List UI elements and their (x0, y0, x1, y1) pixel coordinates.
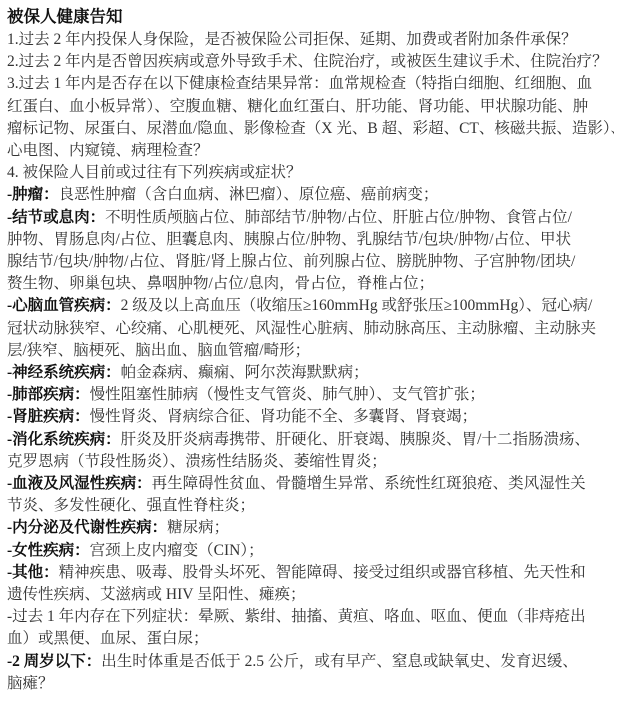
text-line: -肿瘤：良恶性肿瘤（含白血病、淋巴瘤）、原位癌、癌前病变； (7, 184, 614, 206)
section-label: -2 周岁以下： (7, 653, 101, 670)
section-label: -血液及风湿性疾病： (7, 475, 152, 492)
line-text: 心电图、内窥镜、病理检查？ (7, 142, 209, 159)
text-line: -2 周岁以下：出生时体重是否低于 2.5 公斤，或有早产、窒息或缺氧史、发育迟… (7, 651, 614, 673)
line-text: 血）或黑便、血尿、蛋白尿； (7, 630, 209, 647)
text-line: -女性疾病：宫颈上皮内瘤变（CIN）； (7, 540, 614, 562)
line-text: 遗传性疾病、艾滋病或 HIV 呈阳性、瘫痪； (7, 586, 306, 603)
line-text: 1.过去 2 年内投保人身保险，是否被保险公司拒保、延期、加费或者附加条件承保？ (7, 31, 577, 48)
text-line: 血）或黑便、血尿、蛋白尿； (7, 628, 614, 650)
text-line: 腺结节/包块/肿物/占位、肾脏/肾上腺占位、前列腺占位、膀胱肿物、子宫肿物/团块… (7, 251, 614, 273)
text-line: 遗传性疾病、艾滋病或 HIV 呈阳性、瘫痪； (7, 584, 614, 606)
section-label: -消化系统疾病： (7, 431, 121, 448)
line-text: 3.过去 1 年内是否存在以下健康检查结果异常：血常规检查（特指白细胞、红细胞、… (7, 75, 592, 92)
text-line: -肺部疾病：慢性阻塞性肺病（慢性支气管炎、肺气肿）、支气管扩张； (7, 384, 614, 406)
text-line: 4. 被保险人目前或过往有下列疾病或症状？ (7, 162, 614, 184)
text-line: -血液及风湿性疾病：再生障碍性贫血、骨髓增生异常、系统性红斑狼疮、类风湿性关 (7, 473, 614, 495)
line-text: 赘生物、卵巢包块、鼻咽肿物/占位/息肉，骨占位，脊椎占位； (7, 275, 434, 292)
line-text: 糖尿病； (167, 519, 229, 536)
text-line: 节炎、多发性硬化、强直性脊柱炎； (7, 495, 614, 517)
text-line: 赘生物、卵巢包块、鼻咽肿物/占位/息肉，骨占位，脊椎占位； (7, 273, 614, 295)
text-line: 瘤标记物、尿蛋白、尿潜血/隐血、影像检查（X 光、B 超、彩超、CT、核磁共振、… (7, 118, 614, 140)
text-line: 肿物、胃肠息肉/占位、胆囊息肉、胰腺占位/肿物、乳腺结节/包块/肿物/占位、甲状 (7, 229, 614, 251)
text-line: -肾脏疾病：慢性肾炎、肾病综合征、肾功能不全、多囊肾、肾衰竭； (7, 406, 614, 428)
line-text: 帕金森病、癫痫、阿尔茨海默默病； (121, 364, 369, 381)
line-text: 冠状动脉狭窄、心绞痛、心肌梗死、风湿性心脏病、肺动脉高压、主动脉瘤、主动脉夹 (7, 320, 596, 337)
line-text: 慢性阻塞性肺病（慢性支气管炎、肺气肿）、支气管扩张； (90, 386, 485, 403)
text-line: 红蛋白、血小板异常）、空腹血糖、糖化血红蛋白、肝功能、肾功能、甲状腺功能、肿 (7, 96, 614, 118)
line-text: 腺结节/包块/肿物/占位、肾脏/肾上腺占位、前列腺占位、膀胱肿物、子宫肿物/团块… (7, 253, 575, 270)
section-label: -结节或息肉： (7, 209, 105, 226)
line-text: 出生时体重是否低于 2.5 公斤，或有早产、窒息或缺氧史、发育迟缓、 (101, 653, 578, 670)
line-text: -过去 1 年内存在下列症状：晕厥、紫绀、抽搐、黄疸、咯血、呕血、便血（非痔疮出 (7, 608, 586, 625)
text-line: -其他：精神疾患、吸毒、股骨头坏死、智能障碍、接受过组织或器官移植、先天性和 (7, 562, 614, 584)
text-line: 冠状动脉狭窄、心绞痛、心肌梗死、风湿性心脏病、肺动脉高压、主动脉瘤、主动脉夹 (7, 318, 614, 340)
section-label: -其他： (7, 564, 59, 581)
line-text: 脑瘫？ (7, 675, 54, 692)
text-line: -消化系统疾病：肝炎及肝炎病毒携带、肝硬化、肝衰竭、胰腺炎、胃/十二指肠溃疡、 (7, 429, 614, 451)
line-text: 宫颈上皮内瘤变（CIN）； (90, 542, 264, 559)
section-label: -女性疾病： (7, 542, 90, 559)
text-line: -过去 1 年内存在下列症状：晕厥、紫绀、抽搐、黄疸、咯血、呕血、便血（非痔疮出 (7, 606, 614, 628)
line-text: 瘤标记物、尿蛋白、尿潜血/隐血、影像检查（X 光、B 超、彩超、CT、核磁共振、… (7, 120, 614, 137)
line-text: 精神疾患、吸毒、股骨头坏死、智能障碍、接受过组织或器官移植、先天性和 (59, 564, 586, 581)
line-text: 肝炎及肝炎病毒携带、肝硬化、肝衰竭、胰腺炎、胃/十二指肠溃疡、 (121, 431, 590, 448)
document-title: 被保人健康告知 (7, 5, 614, 29)
section-label: -神经系统疾病： (7, 364, 121, 381)
section-label: -心脑血管疾病： (7, 297, 121, 314)
line-text: 慢性肾炎、肾病综合征、肾功能不全、多囊肾、肾衰竭； (90, 408, 478, 425)
text-line: 3.过去 1 年内是否存在以下健康检查结果异常：血常规检查（特指白细胞、红细胞、… (7, 73, 614, 95)
line-text: 层/狭窄、脑梗死、脑出血、脑血管瘤/畸形； (7, 342, 310, 359)
line-text: 再生障碍性贫血、骨髓增生异常、系统性红斑狼疮、类风湿性关 (152, 475, 586, 492)
line-text: 4. 被保险人目前或过往有下列疾病或症状？ (7, 164, 302, 181)
section-label: -肺部疾病： (7, 386, 90, 403)
text-line: 1.过去 2 年内投保人身保险，是否被保险公司拒保、延期、加费或者附加条件承保？ (7, 29, 614, 51)
section-label: -内分泌及代谢性疾病： (7, 519, 167, 536)
text-line: 层/狭窄、脑梗死、脑出血、脑血管瘤/畸形； (7, 340, 614, 362)
section-label: -肾脏疾病： (7, 408, 90, 425)
line-text: 节炎、多发性硬化、强直性脊柱炎； (7, 497, 255, 514)
text-line: -结节或息肉：不明性质颅脑占位、肺部结节/肿物/占位、肝脏占位/肿物、食管占位/ (7, 207, 614, 229)
text-line: -内分泌及代谢性疾病：糖尿病； (7, 517, 614, 539)
text-line: 2.过去 2 年内是否曾因疾病或意外导致手术、住院治疗，或被医生建议手术、住院治… (7, 51, 614, 73)
section-label: -肿瘤： (7, 186, 59, 203)
health-disclosure-document: 被保人健康告知 1.过去 2 年内投保人身保险，是否被保险公司拒保、延期、加费或… (0, 0, 622, 703)
text-line: -神经系统疾病：帕金森病、癫痫、阿尔茨海默默病； (7, 362, 614, 384)
text-line: 心电图、内窥镜、病理检查？ (7, 140, 614, 162)
text-line: 脑瘫？ (7, 673, 614, 695)
text-line: -心脑血管疾病：2 级及以上高血压（收缩压≥160mmHg 或舒张压≥100mm… (7, 295, 614, 317)
line-text: 克罗恩病（节段性肠炎）、溃疡性结肠炎、萎缩性胃炎； (7, 453, 387, 470)
text-line: 克罗恩病（节段性肠炎）、溃疡性结肠炎、萎缩性胃炎； (7, 451, 614, 473)
line-text: 不明性质颅脑占位、肺部结节/肿物/占位、肝脏占位/肿物、食管占位/ (105, 209, 572, 226)
line-text: 良恶性肿瘤（含白血病、淋巴瘤）、原位癌、癌前病变； (59, 186, 439, 203)
line-text: 红蛋白、血小板异常）、空腹血糖、糖化血红蛋白、肝功能、肾功能、甲状腺功能、肿 (7, 98, 588, 115)
line-text: 肿物、胃肠息肉/占位、胆囊息肉、胰腺占位/肿物、乳腺结节/包块/肿物/占位、甲状 (7, 231, 571, 248)
line-text: 2 级及以上高血压（收缩压≥160mmHg 或舒张压≥100mmHg）、冠心病/ (121, 297, 593, 314)
document-body: 1.过去 2 年内投保人身保险，是否被保险公司拒保、延期、加费或者附加条件承保？… (7, 29, 614, 695)
line-text: 2.过去 2 年内是否曾因疾病或意外导致手术、住院治疗，或被医生建议手术、住院治… (7, 53, 608, 70)
